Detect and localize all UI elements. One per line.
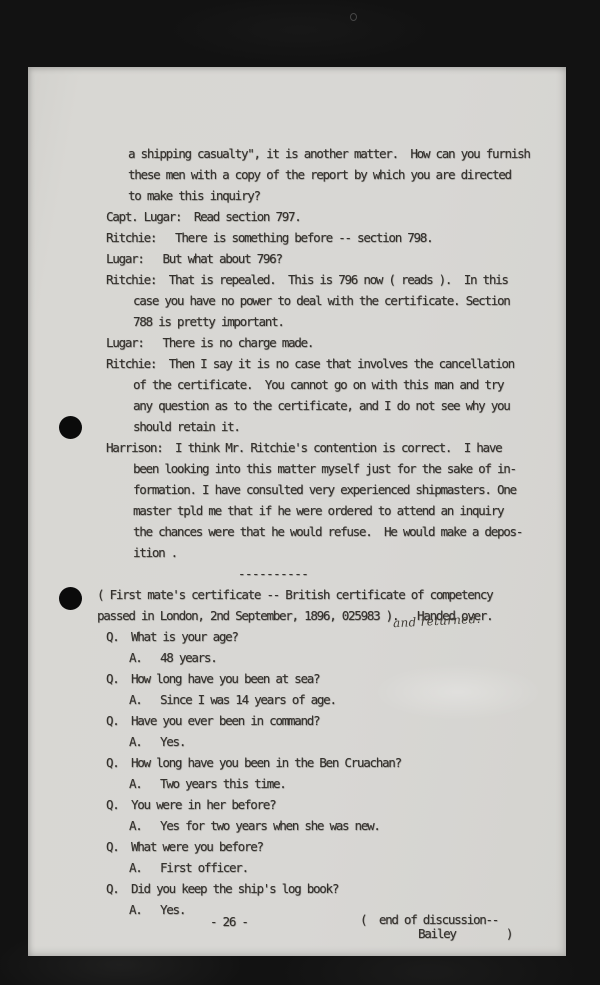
qa-question: Q.What is your age? bbox=[106, 626, 536, 647]
dialogue-line: 788 is pretty important. bbox=[133, 311, 536, 332]
speaker-label: Lugar: bbox=[106, 251, 144, 266]
dialogue-line: Ritchie: Then I say it is no case that i… bbox=[106, 353, 536, 374]
question-text: Did you keep the ship's log book? bbox=[131, 881, 338, 896]
dialogue-line: Lugar: There is no charge made. bbox=[106, 332, 536, 353]
dialogue-text: There is something before -- section 798… bbox=[156, 230, 432, 245]
question-label: Q. bbox=[106, 794, 119, 815]
qa-question: Q.How long have you been at sea? bbox=[106, 668, 536, 689]
qa-answer: A.Two years this time. bbox=[129, 773, 536, 794]
qa-question: Q.What were you before? bbox=[106, 836, 536, 857]
answer-text: Since I was 14 years of age. bbox=[160, 692, 336, 707]
question-label: Q. bbox=[106, 668, 119, 689]
dialogue-line: case you have no power to deal with the … bbox=[133, 290, 536, 311]
answer-label: A. bbox=[129, 773, 142, 794]
qa-answer: A.48 years. bbox=[129, 647, 536, 668]
answer-label: A. bbox=[129, 689, 142, 710]
dialogue-line: Capt. Lugar: Read section 797. bbox=[106, 206, 536, 227]
dialogue-text: That is repealed. This is 796 now ( read… bbox=[156, 272, 507, 287]
qa-answer: A.Yes for two years when she was new. bbox=[129, 815, 536, 836]
speaker-label: Ritchie: bbox=[106, 356, 156, 371]
certificate-note-line: ( First mate's certificate -- British ce… bbox=[97, 584, 536, 605]
speaker-label: Harrison: bbox=[106, 440, 162, 455]
answer-label: A. bbox=[129, 647, 142, 668]
speaker-label: Capt. Lugar: bbox=[106, 209, 181, 224]
hole-punch-top bbox=[59, 416, 82, 439]
dialogue-text: Then I say it is no case that involves t… bbox=[156, 356, 514, 371]
dialogue-line: Harrison: I think Mr. Ritchie's contenti… bbox=[106, 437, 536, 458]
dialogue-line: formation. I have consulted very experie… bbox=[133, 479, 536, 500]
dialogue-line: should retain it. bbox=[133, 416, 536, 437]
answer-text: Yes for two years when she was new. bbox=[160, 818, 380, 833]
qa-answer: A.First officer. bbox=[129, 857, 536, 878]
dialogue-line: Ritchie: That is repealed. This is 796 n… bbox=[106, 269, 536, 290]
question-label: Q. bbox=[106, 836, 119, 857]
end-of-discussion-signature: Bailey ) bbox=[418, 926, 512, 941]
page-number: - 26 - bbox=[210, 914, 248, 929]
speaker-label: Lugar: bbox=[106, 335, 144, 350]
question-label: Q. bbox=[106, 752, 119, 773]
question-label: Q. bbox=[106, 626, 119, 647]
question-text: Have you ever been in command? bbox=[131, 713, 319, 728]
answer-label: A. bbox=[129, 899, 142, 920]
answer-label: A. bbox=[129, 815, 142, 836]
question-label: Q. bbox=[106, 878, 119, 899]
qa-answer: A.Yes. bbox=[129, 731, 536, 752]
answer-label: A. bbox=[129, 857, 142, 878]
answer-text: Yes. bbox=[160, 734, 185, 749]
question-text: You were in her before? bbox=[131, 797, 275, 812]
question-text: What is your age? bbox=[131, 629, 238, 644]
dialogue-line: the chances were that he would refuse. H… bbox=[133, 521, 536, 542]
qa-question: Q.Did you keep the ship's log book? bbox=[106, 878, 536, 899]
end-of-discussion-note: ( end of discussion-- bbox=[360, 912, 498, 927]
document-page: a shipping casualty", it is another matt… bbox=[28, 67, 566, 956]
qa-question: Q.How long have you been in the Ben Crua… bbox=[106, 752, 536, 773]
qa-question: Q.You were in her before? bbox=[106, 794, 536, 815]
dialogue-text: Read section 797. bbox=[181, 209, 300, 224]
question-text: How long have you been in the Ben Cruach… bbox=[131, 755, 401, 770]
dialogue-line: Ritchie: There is something before -- se… bbox=[106, 227, 536, 248]
dialogue-line: been looking into this matter myself jus… bbox=[133, 458, 536, 479]
dialogue-text: There is no charge made. bbox=[144, 335, 313, 350]
dialogue-line: of the certificate. You cannot go on wit… bbox=[133, 374, 536, 395]
qa-question: Q.Have you ever been in command? bbox=[106, 710, 536, 731]
answer-label: A. bbox=[129, 731, 142, 752]
separator-line: ---------- bbox=[238, 563, 536, 584]
hole-punch-bottom bbox=[59, 587, 82, 610]
typewritten-text: a shipping casualty", it is another matt… bbox=[106, 143, 536, 920]
question-label: Q. bbox=[106, 710, 119, 731]
dust-speck bbox=[350, 13, 357, 21]
answer-text: Two years this time. bbox=[160, 776, 286, 791]
intro-line: a shipping casualty", it is another matt… bbox=[128, 143, 536, 164]
dialogue-line: ition . bbox=[133, 542, 536, 563]
dialogue-line: master tpld me that if he were ordered t… bbox=[133, 500, 536, 521]
speaker-label: Ritchie: bbox=[106, 272, 156, 287]
scan-background: a shipping casualty", it is another matt… bbox=[0, 0, 600, 985]
intro-line: these men with a copy of the report by w… bbox=[128, 164, 536, 185]
intro-line: to make this inquiry? bbox=[128, 185, 536, 206]
question-text: What were you before? bbox=[131, 839, 263, 854]
qa-answer: A.Since I was 14 years of age. bbox=[129, 689, 536, 710]
dialogue-text: I think Mr. Ritchie's contention is corr… bbox=[162, 440, 501, 455]
dialogue-line: Lugar: But what about 796? bbox=[106, 248, 536, 269]
dialogue-line: any question as to the certificate, and … bbox=[133, 395, 536, 416]
answer-text: 48 years. bbox=[160, 650, 216, 665]
dialogue-text: But what about 796? bbox=[144, 251, 282, 266]
answer-text: First officer. bbox=[160, 860, 248, 875]
speaker-label: Ritchie: bbox=[106, 230, 156, 245]
answer-text: Yes. bbox=[160, 902, 185, 917]
question-text: How long have you been at sea? bbox=[131, 671, 319, 686]
